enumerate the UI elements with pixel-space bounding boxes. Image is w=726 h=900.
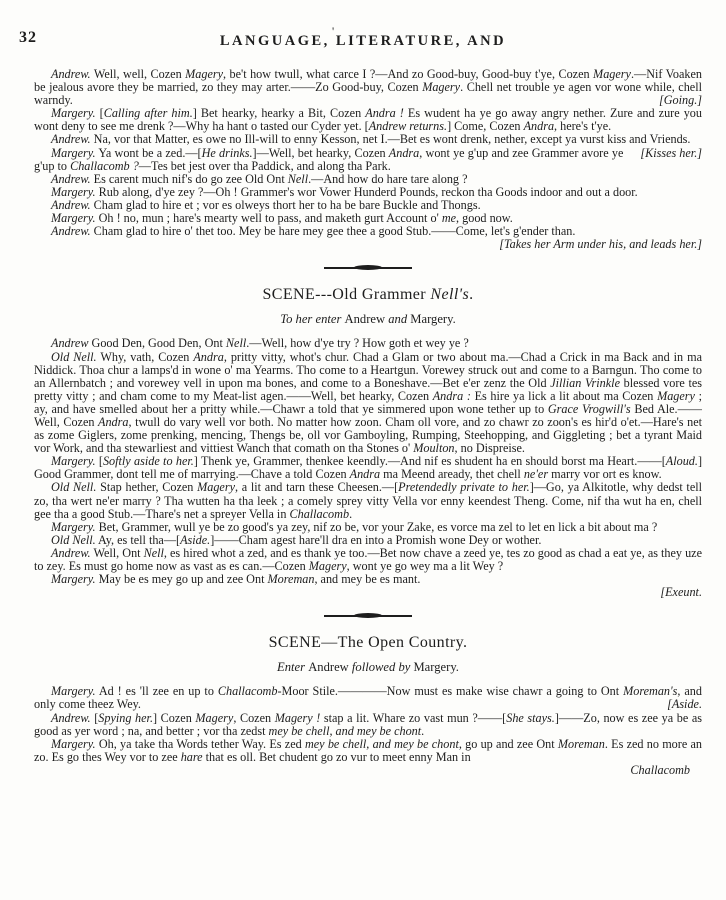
catchword: Challacomb bbox=[34, 764, 702, 777]
scene-heading: SCENE---Old Grammer Nell's. bbox=[34, 286, 702, 304]
text-segment: Andrew. bbox=[51, 711, 91, 725]
text-segment: Nell bbox=[144, 546, 164, 560]
text-segment: ] Bet hearky, hearky a Bit, Cozen bbox=[193, 106, 366, 120]
text-segment: [ bbox=[96, 454, 103, 468]
text-segment: He drinks. bbox=[202, 146, 253, 160]
section-divider bbox=[34, 612, 702, 619]
text-segment: Magery bbox=[593, 67, 631, 81]
text-segment: .—Well, how d'ye try ? How goth et wey y… bbox=[246, 336, 469, 350]
text-segment: [ bbox=[96, 106, 104, 120]
text-segment: Andra bbox=[350, 467, 380, 481]
text-segment: Challacomb bbox=[218, 684, 278, 698]
text-segment: Andrew. bbox=[51, 198, 91, 212]
text-segment: [Takes her Arm under his, and leads her.… bbox=[499, 237, 702, 251]
text-segment: followed by bbox=[349, 660, 414, 674]
text-segment: Softly aside to her. bbox=[103, 454, 194, 468]
stage-direction-line: [Exeunt. bbox=[34, 586, 702, 599]
text-segment: Margery. bbox=[51, 185, 96, 199]
text-segment: Nell bbox=[226, 336, 246, 350]
text-segment: ne'er bbox=[524, 467, 548, 481]
text-segment: . bbox=[349, 507, 352, 521]
text-segment: Margery. bbox=[51, 737, 96, 751]
text-segment: Andrew bbox=[345, 312, 386, 326]
text-segment: Good Den, Good Den, Ont bbox=[88, 336, 225, 350]
text-segment: May be es mey go up and zee Ont bbox=[96, 572, 268, 586]
text-segment: Magery bbox=[197, 480, 235, 494]
text-segment: , no Dispreise. bbox=[455, 441, 525, 455]
text-segment: Why, vath, Cozen bbox=[97, 350, 194, 364]
text-segment: Magery ! bbox=[275, 711, 321, 725]
text-segment: Margery. bbox=[51, 106, 96, 120]
text-segment: , be't how twull, what carce I ?—And zo … bbox=[223, 67, 593, 81]
text-segment: , wont ye go wey ma a lit Wey ? bbox=[347, 559, 504, 573]
text-segment: Andra ! bbox=[365, 106, 404, 120]
speech-andrew: Andrew. Well, Ont Nell, es hired whot a … bbox=[34, 547, 702, 573]
text-segment: , go up and zee Ont bbox=[459, 737, 558, 751]
text-segment: Oh, ya take tha Words tether Way. Es zed bbox=[96, 737, 305, 751]
divider-rule bbox=[379, 615, 412, 617]
text-segment: Jillian Vrinkle bbox=[550, 376, 620, 390]
text-segment: Moreman bbox=[558, 737, 605, 751]
speech-margery: Margery. [Softly aside to her.] Thenk ye… bbox=[34, 455, 702, 481]
text-segment: Grace Vrogwill's bbox=[548, 402, 631, 416]
text-segment: mey be chell, and mey be chont bbox=[305, 737, 459, 751]
text-segment: .—And how do hare tare along ? bbox=[308, 172, 467, 186]
text-segment: Old Nell. bbox=[51, 533, 96, 547]
text-segment: ] Cozen bbox=[153, 711, 195, 725]
ink-artifact: ' bbox=[332, 24, 334, 39]
text-segment: Andrew bbox=[51, 336, 88, 350]
text-segment: Ya wont be a zed.—[ bbox=[96, 146, 202, 160]
page-number: 32 bbox=[19, 29, 37, 47]
text-segment: Andrew. bbox=[51, 172, 91, 186]
text-segment: ]—Well, bet hearky, Cozen bbox=[253, 146, 389, 160]
speech-andrew: Andrew. [Spying her.] Cozen Magery, Coze… bbox=[34, 712, 702, 738]
section-divider bbox=[34, 264, 702, 271]
text-segment: She stays. bbox=[506, 711, 555, 725]
book-page: 32 LANGUAGE, LITERATURE, AND ' Andrew. W… bbox=[0, 0, 726, 900]
text-segment: ]——Cham agest hare'll dra en into a Prom… bbox=[210, 533, 541, 547]
text-segment: Moreman bbox=[268, 572, 315, 586]
text-segment: Margery. bbox=[51, 211, 96, 225]
text-segment: Aloud. bbox=[666, 454, 698, 468]
text-segment: Na, vor that Matter, es owe no Ill-will … bbox=[91, 132, 691, 146]
text-segment: Andrew. bbox=[51, 67, 91, 81]
text-segment: Margery. bbox=[51, 454, 96, 468]
stage-note: To her enter Andrew and Margery. bbox=[34, 313, 702, 326]
page-header: 32 LANGUAGE, LITERATURE, AND ' bbox=[0, 0, 726, 55]
text-segment: Old Nell. bbox=[51, 350, 97, 364]
text-segment: , good now. bbox=[456, 211, 513, 225]
text-segment: Nell bbox=[288, 172, 308, 186]
text-segment: , twull do vary well vor both. No matter… bbox=[34, 415, 702, 455]
text-segment: . bbox=[421, 724, 424, 738]
speech-margery: Margery. Ad ! es 'll zee en up to Challa… bbox=[34, 685, 702, 711]
divider-lens bbox=[354, 265, 382, 270]
text-segment: Challacomb bbox=[630, 763, 690, 777]
text-segment: Margery. bbox=[51, 520, 96, 534]
text-segment: SCENE—The Open Country. bbox=[269, 634, 468, 651]
text-segment: Moreman's bbox=[623, 684, 677, 698]
text-segment: Andrew. bbox=[51, 224, 91, 238]
text-segment: . bbox=[469, 286, 473, 303]
text-segment: Margery. bbox=[410, 312, 455, 326]
text-segment: Andrew bbox=[308, 660, 349, 674]
text-segment: —Tes bet jest over tha Paddick, and alon… bbox=[139, 159, 391, 173]
text-segment: Magery bbox=[195, 711, 233, 725]
speech-andrew: Andrew. Well, well, Cozen Magery, be't h… bbox=[34, 68, 702, 107]
text-segment: Rub along, d'ye zey ?—Oh ! Grammer's wor… bbox=[96, 185, 638, 199]
text-segment: Magery bbox=[309, 559, 347, 573]
text-segment: stap a lit. Whare zo vast mun ?——[ bbox=[320, 711, 506, 725]
text-block: Andrew. Well, well, Cozen Magery, be't h… bbox=[34, 68, 702, 777]
divider-lens bbox=[354, 613, 382, 618]
text-segment: Nell's bbox=[430, 286, 469, 303]
text-segment: me bbox=[442, 211, 456, 225]
text-segment: To her enter bbox=[280, 312, 344, 326]
text-segment: Stap hether, Cozen bbox=[96, 480, 197, 494]
stage-direction-line: [Takes her Arm under his, and leads her.… bbox=[34, 238, 702, 251]
speech-margery: Margery. May be es mey go up and zee Ont… bbox=[34, 573, 702, 586]
text-segment: Enter bbox=[277, 660, 308, 674]
text-segment: Margery. bbox=[413, 660, 458, 674]
text-segment: Well, well, Cozen bbox=[91, 67, 186, 81]
text-segment: marry vor ort es know. bbox=[548, 467, 662, 481]
text-segment: Es carent much nif's do go zee Old Ont bbox=[91, 172, 288, 186]
text-segment: Magery bbox=[422, 80, 460, 94]
text-segment: Magery bbox=[185, 67, 223, 81]
speech-old-nell: Old Nell. Stap hether, Cozen Magery, a l… bbox=[34, 481, 702, 520]
speech-margery: Margery. Oh, ya take tha Words tether Wa… bbox=[34, 738, 702, 764]
text-segment: Aside. bbox=[180, 533, 210, 547]
speech-old-nell: Old Nell. Why, vath, Cozen Andra, pritty… bbox=[34, 351, 702, 456]
text-segment: hare bbox=[181, 750, 203, 764]
text-segment: -Moor Stile.————Now must es make wise ch… bbox=[277, 684, 623, 698]
text-segment: , Cozen bbox=[233, 711, 274, 725]
text-segment: Andra bbox=[524, 119, 554, 133]
text-segment: Challacomb bbox=[289, 507, 349, 521]
text-segment: and bbox=[385, 312, 410, 326]
stage-note: Enter Andrew followed by Margery. bbox=[34, 661, 702, 674]
text-segment: Old Nell. bbox=[51, 480, 96, 494]
text-segment: Margery. bbox=[51, 572, 96, 586]
text-segment: Es hire ya lick a lit about ma Cozen bbox=[471, 389, 657, 403]
text-segment: Cham glad to hire et ; vor es olweys tho… bbox=[91, 198, 481, 212]
text-segment: Calling after him. bbox=[104, 106, 193, 120]
text-segment: Ay, es tell tha—[ bbox=[96, 533, 180, 547]
text-segment: Margery. bbox=[51, 146, 96, 160]
text-segment: Pretendedly private to her. bbox=[398, 480, 530, 494]
text-segment: mey be chell, and mey be chont bbox=[269, 724, 422, 738]
text-segment: Cham glad to hire o' thet too. Mey be ha… bbox=[91, 224, 576, 238]
text-segment: ma Meend aready, thet chell bbox=[380, 467, 524, 481]
text-segment: Spying her. bbox=[98, 711, 153, 725]
text-segment: Andra bbox=[193, 350, 223, 364]
text-segment: Moulton bbox=[413, 441, 454, 455]
text-segment: SCENE---Old Grammer bbox=[262, 286, 430, 303]
text-segment: Bet, Grammer, wull ye be zo good's ya ze… bbox=[96, 520, 658, 534]
text-segment: Andrew. bbox=[51, 546, 91, 560]
scene-heading: SCENE—The Open Country. bbox=[34, 634, 702, 652]
text-segment: Magery bbox=[657, 389, 695, 403]
divider-rule bbox=[324, 267, 357, 269]
text-segment: Andrew. bbox=[51, 132, 91, 146]
text-segment: , and mey be es mant. bbox=[314, 572, 420, 586]
speech-margery: Margery. Ya wont be a zed.—[He drinks.]—… bbox=[34, 147, 702, 173]
running-header: LANGUAGE, LITERATURE, AND bbox=[0, 33, 726, 50]
text-segment: ] Come, Cozen bbox=[447, 119, 524, 133]
stage-direction: [Kisses her.] bbox=[623, 147, 702, 160]
text-segment: Andra bbox=[98, 415, 128, 429]
text-segment: Andra bbox=[389, 146, 419, 160]
text-segment: ] Thenk ye, Grammer, thenkee keendly.—An… bbox=[194, 454, 666, 468]
text-segment: Margery. bbox=[51, 684, 96, 698]
text-segment: Andrew returns. bbox=[369, 119, 447, 133]
text-segment: , a lit and tarn these Cheesen.—[ bbox=[235, 480, 398, 494]
divider-rule bbox=[379, 267, 412, 269]
text-segment: Andra : bbox=[433, 389, 471, 403]
text-segment: [Exeunt. bbox=[660, 585, 702, 599]
text-segment: Well, Ont bbox=[91, 546, 144, 560]
speech-margery: Margery. [Calling after him.] Bet hearky… bbox=[34, 107, 702, 133]
divider-rule bbox=[324, 615, 357, 617]
text-segment: Challacomb ? bbox=[70, 159, 139, 173]
text-segment: Oh ! no, mun ; hare's mearty well to pas… bbox=[96, 211, 442, 225]
text-segment: , here's t'ye. bbox=[554, 119, 611, 133]
text-segment: that es oll. Bet chudent go zo vur to me… bbox=[203, 750, 471, 764]
text-segment: Ad ! es 'll zee en up to bbox=[96, 684, 218, 698]
